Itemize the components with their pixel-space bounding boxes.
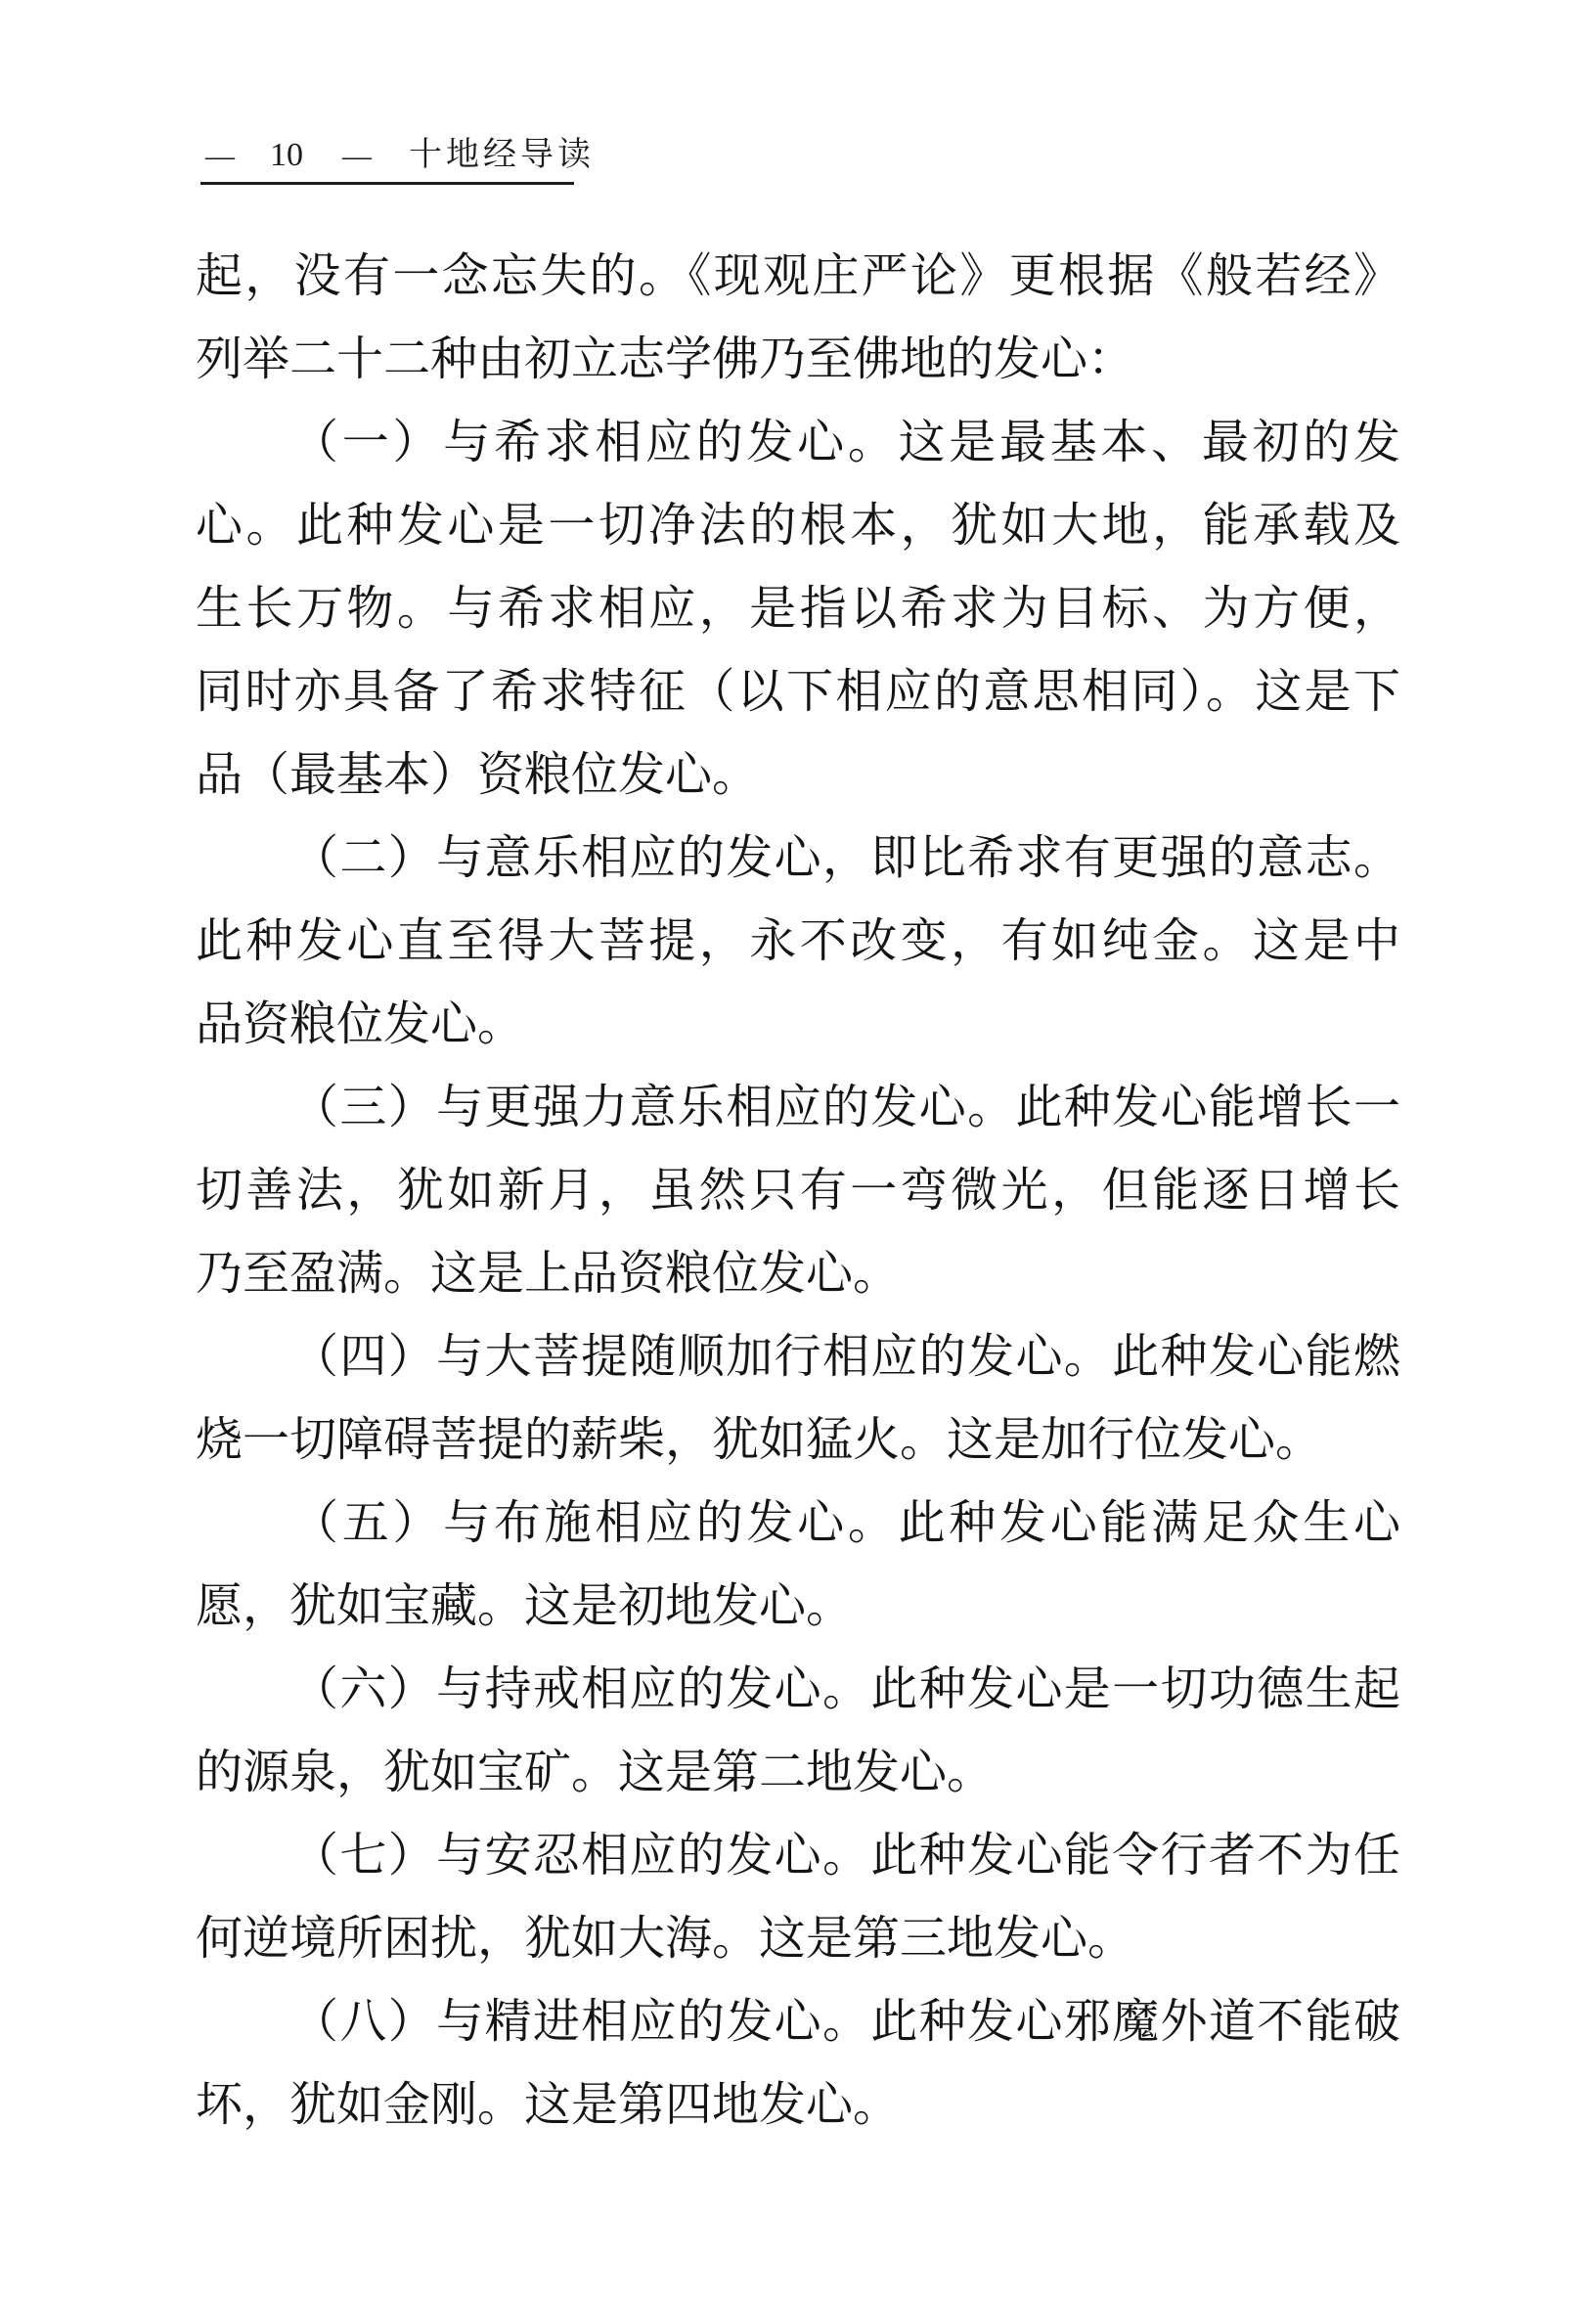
text-line: 生长万物。与希求相应，是指以希求为目标、为方便， (196, 567, 1400, 650)
text-line: 起，没有一念忘失的。《现观庄严论》更根据《般若经》 (196, 235, 1400, 318)
text-line: （一）与希求相应的发心。这是最基本、最初的发 (196, 401, 1400, 484)
text-line: 切善法，犹如新月，虽然只有一弯微光，但能逐日增长 (196, 1149, 1400, 1232)
text-line: 烧一切障碍菩提的薪柴，犹如猛火。这是加行位发心。 (196, 1398, 1400, 1482)
text-line: 乃至盈满。这是上品资粮位发心。 (196, 1232, 1400, 1315)
text-line: 何逆境所困扰，犹如大海。这是第三地发心。 (196, 1897, 1400, 1980)
text-line: 的源泉，犹如宝矿。这是第二地发心。 (196, 1731, 1400, 1814)
text-line: （六）与持戒相应的发心。此种发心是一切功德生起 (196, 1648, 1400, 1731)
text-line: （八）与精进相应的发心。此种发心邪魔外道不能破 (196, 1980, 1400, 2063)
text-line: 列举二十二种由初立志学佛乃至佛地的发心： (196, 318, 1400, 401)
text-line: （二）与意乐相应的发心，即比希求有更强的意志。 (196, 817, 1400, 900)
text-line: （五）与布施相应的发心。此种发心能满足众生心 (196, 1482, 1400, 1565)
text-line: 同时亦具备了希求特征（以下相应的意思相同）。这是下 (196, 650, 1400, 733)
text-line: （四）与大菩提随顺加行相应的发心。此种发心能燃 (196, 1315, 1400, 1398)
running-head: — 10 — 十地经导读 (205, 131, 595, 180)
book-page: — 10 — 十地经导读 起，没有一念忘失的。《现观庄严论》更根据《般若经》列举… (0, 0, 1596, 2303)
text-line: 心。此种发心是一切净法的根本，犹如大地，能承载及 (196, 484, 1400, 567)
text-line: 品资粮位发心。 (196, 983, 1400, 1066)
text-line: （七）与安忍相应的发心。此种发心能令行者不为任 (196, 1814, 1400, 1897)
text-line: 品（最基本）资粮位发心。 (196, 733, 1400, 817)
text-line: （三）与更强力意乐相应的发心。此种发心能增长一 (196, 1066, 1400, 1149)
text-line: 愿，犹如宝藏。这是初地发心。 (196, 1565, 1400, 1648)
header-dash-left: — (205, 132, 235, 181)
text-line: 坏，犹如金刚。这是第四地发心。 (196, 2063, 1400, 2147)
text-body: 起，没有一念忘失的。《现观庄严论》更根据《般若经》列举二十二种由初立志学佛乃至佛… (196, 235, 1400, 2147)
header-rule (200, 182, 574, 185)
header-dash-right: — (342, 132, 372, 181)
header-page-number: 10 (270, 131, 303, 180)
text-line: 此种发心直至得大菩提，永不改变，有如纯金。这是中 (196, 900, 1400, 983)
header-book-title: 十地经导读 (409, 131, 595, 180)
